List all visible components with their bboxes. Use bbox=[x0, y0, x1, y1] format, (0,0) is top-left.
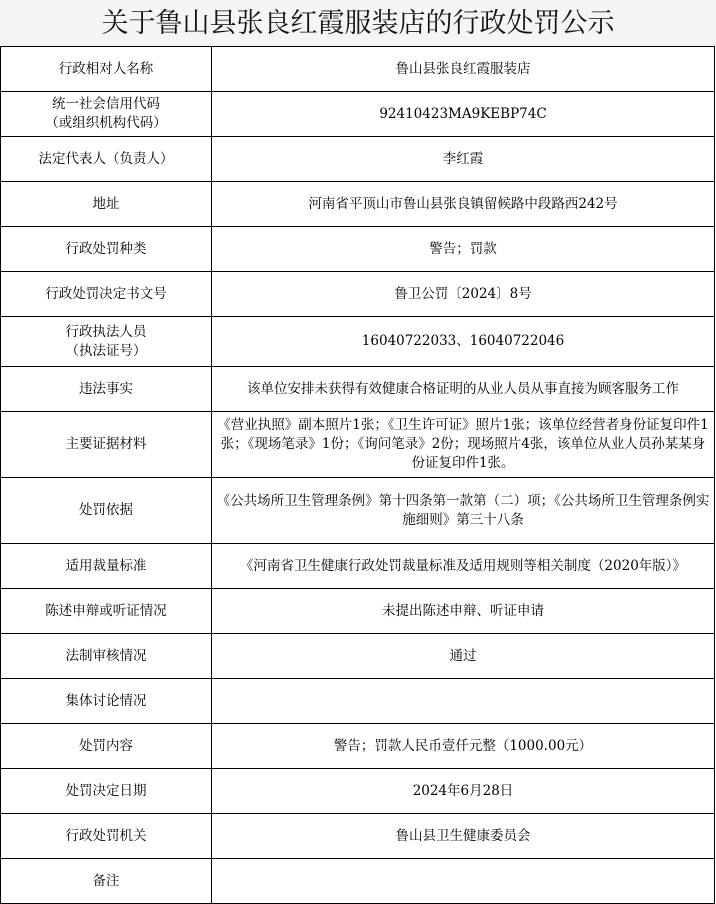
table-row-discretion-standard: 适用裁量标准《河南省卫生健康行政处罚裁量标准及适用规则等相关制度（2020年版）… bbox=[1, 544, 715, 589]
row-label: 行政处罚种类 bbox=[1, 227, 212, 272]
row-value: 2024年6月28日 bbox=[212, 769, 715, 814]
table-row-party-name: 行政相对人名称鲁山县张良红霞服装店 bbox=[1, 47, 715, 92]
row-value: 警告；罚款 bbox=[212, 227, 715, 272]
table-row-credit-code: 统一社会信用代码（或组织机构代码）92410423MA9KEBP74C bbox=[1, 92, 715, 137]
row-value bbox=[212, 859, 715, 904]
table-row-decision-number: 行政处罚决定书文号鲁卫公罚〔2024〕8号 bbox=[1, 272, 715, 317]
row-value: 《河南省卫生健康行政处罚裁量标准及适用规则等相关制度（2020年版）》 bbox=[212, 544, 715, 589]
row-label: 法定代表人（负责人） bbox=[1, 137, 212, 182]
table-row-statement-defense: 陈述申辩或听证情况未提出陈述申辩、听证申请 bbox=[1, 589, 715, 634]
row-label: 行政处罚决定书文号 bbox=[1, 272, 212, 317]
row-value: 92410423MA9KEBP74C bbox=[212, 92, 715, 137]
table-row-penalty-content: 处罚内容警告；罚款人民币壹仟元整（1000.00元） bbox=[1, 724, 715, 769]
row-label: 适用裁量标准 bbox=[1, 544, 212, 589]
row-value bbox=[212, 679, 715, 724]
page-title: 关于鲁山县张良红霞服装店的行政处罚公示 bbox=[0, 0, 716, 46]
table-row-decision-date: 处罚决定日期2024年6月28日 bbox=[1, 769, 715, 814]
table-row-penalty-authority: 行政处罚机关鲁山县卫生健康委员会 bbox=[1, 814, 715, 859]
penalty-info-table: 行政相对人名称鲁山县张良红霞服装店统一社会信用代码（或组织机构代码）924104… bbox=[0, 46, 715, 904]
table-row-address: 地址河南省平顶山市鲁山县张良镇留候路中段路西242号 bbox=[1, 182, 715, 227]
row-value: 《公共场所卫生管理条例》第十四条第一款第（二）项；《公共场所卫生管理条例实施细则… bbox=[212, 478, 715, 544]
row-value: 鲁山县张良红霞服装店 bbox=[212, 47, 715, 92]
table-row-remarks: 备注 bbox=[1, 859, 715, 904]
table-row-collective-discussion: 集体讨论情况 bbox=[1, 679, 715, 724]
table-row-legal-review: 法制审核情况通过 bbox=[1, 634, 715, 679]
row-value: 该单位安排未获得有效健康合格证明的从业人员从事直接为顾客服务工作 bbox=[212, 367, 715, 412]
row-value: 未提出陈述申辩、听证申请 bbox=[212, 589, 715, 634]
row-value: 鲁卫公罚〔2024〕8号 bbox=[212, 272, 715, 317]
row-value: 《营业执照》副本照片1张；《卫生许可证》照片1张；该单位经营者身份证复印件1张；… bbox=[212, 412, 715, 478]
row-label: 统一社会信用代码（或组织机构代码） bbox=[1, 92, 212, 137]
row-label: 行政相对人名称 bbox=[1, 47, 212, 92]
table-row-violation-facts: 违法事实该单位安排未获得有效健康合格证明的从业人员从事直接为顾客服务工作 bbox=[1, 367, 715, 412]
row-value: 李红霞 bbox=[212, 137, 715, 182]
row-label: 备注 bbox=[1, 859, 212, 904]
row-value: 16040722033、16040722046 bbox=[212, 317, 715, 367]
row-label: 违法事实 bbox=[1, 367, 212, 412]
row-value: 警告；罚款人民币壹仟元整（1000.00元） bbox=[212, 724, 715, 769]
table-row-legal-representative: 法定代表人（负责人）李红霞 bbox=[1, 137, 715, 182]
row-label: 地址 bbox=[1, 182, 212, 227]
row-label: 行政执法人员（执法证号） bbox=[1, 317, 212, 367]
row-label: 处罚决定日期 bbox=[1, 769, 212, 814]
row-label: 处罚依据 bbox=[1, 478, 212, 544]
row-label: 法制审核情况 bbox=[1, 634, 212, 679]
row-label: 集体讨论情况 bbox=[1, 679, 212, 724]
table-row-penalty-basis: 处罚依据《公共场所卫生管理条例》第十四条第一款第（二）项；《公共场所卫生管理条例… bbox=[1, 478, 715, 544]
row-value: 鲁山县卫生健康委员会 bbox=[212, 814, 715, 859]
row-value: 河南省平顶山市鲁山县张良镇留候路中段路西242号 bbox=[212, 182, 715, 227]
row-value: 通过 bbox=[212, 634, 715, 679]
row-label: 行政处罚机关 bbox=[1, 814, 212, 859]
table-row-enforcement-officers: 行政执法人员（执法证号）16040722033、16040722046 bbox=[1, 317, 715, 367]
row-label: 陈述申辩或听证情况 bbox=[1, 589, 212, 634]
row-label: 主要证据材料 bbox=[1, 412, 212, 478]
row-label: 处罚内容 bbox=[1, 724, 212, 769]
table-row-penalty-type: 行政处罚种类警告；罚款 bbox=[1, 227, 715, 272]
table-row-main-evidence: 主要证据材料《营业执照》副本照片1张；《卫生许可证》照片1张；该单位经营者身份证… bbox=[1, 412, 715, 478]
